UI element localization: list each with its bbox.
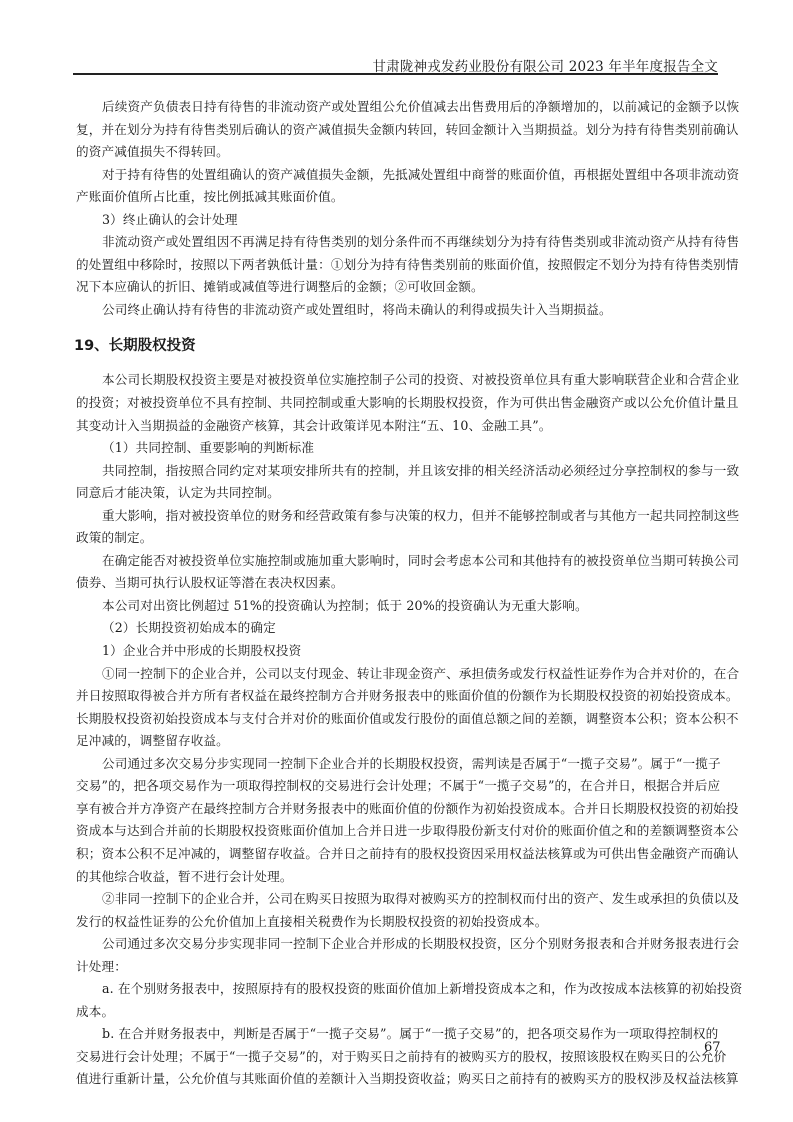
text-line: 的资产减值损失不得转回。	[76, 141, 716, 164]
text-line: 发行的权益性证券的公允价值加上直接相关税费作为长期股权投资的初始投资成本。	[76, 911, 716, 934]
text-line: 公司通过多次交易分步实现同一控制下企业合并的长期股权投资，需判读是否属于“一揽子…	[76, 753, 716, 776]
text-line: 3）终止确认的会计处理	[76, 209, 716, 232]
paragraph: （1）共同控制、重要影响的判断标准	[76, 437, 716, 460]
text-line: 非流动资产或处置组因不再满足持有待售类别的划分条件而不再继续划分为持有待售类别或…	[76, 231, 716, 254]
text-line: 的投资；对被投资单位不具有控制、共同控制或重大影响的长期股权投资，作为可供出售金…	[76, 392, 716, 415]
text-line: 交易”的，把各项交易作为一项取得控制权的交易进行会计处理；不属于“一揽子交易”的…	[76, 775, 716, 798]
text-line: 产账面价值所占比重，按比例抵减其账面价值。	[76, 186, 716, 209]
text-line: 本公司对出资比例超过 51%的投资确认为控制；低于 20%的投资确认为无重大影响…	[76, 595, 716, 618]
document-body: 后续资产负债表日持有待售的非流动资产或处置组公允价值减去出售费用后的净额增加的，…	[76, 96, 716, 1091]
text-line: 况下本应确认的折旧、摊销或减值等进行调整后的金额；②可收回金额。	[76, 276, 716, 299]
paragraph: a. 在个别财务报表中，按照原持有的股权投资的账面价值加上新增投资成本之和，作为…	[76, 978, 716, 1023]
paragraph: 在确定能否对被投资单位实施控制或施加重大影响时，同时会考虑本公司和其他持有的被投…	[76, 550, 716, 595]
long-term-equity-investment-section: 本公司长期股权投资主要是对被投资单位实施控制子公司的投资、对被投资单位具有重大影…	[76, 369, 716, 1091]
paragraph: 后续资产负债表日持有待售的非流动资产或处置组公允价值减去出售费用后的净额增加的，…	[76, 96, 716, 164]
header-divider	[73, 73, 718, 75]
text-line: 其变动计入当期损益的金融资产核算，其会计政策详见本附注“五、10、金融工具”。	[76, 415, 716, 438]
text-line: 本公司长期股权投资主要是对被投资单位实施控制子公司的投资、对被投资单位具有重大影…	[76, 369, 716, 392]
text-line: 政策的制定。	[76, 527, 716, 550]
text-line: 资成本与达到合并前的长期股权投资账面价值加上合并日进一步取得股份新支付对价的账面…	[76, 820, 716, 843]
section-heading: 19、长期股权投资	[74, 335, 716, 357]
text-line: 债券、当期可执行认股权证等潜在表决权因素。	[76, 572, 716, 595]
paragraph: ①同一控制下的企业合并，公司以支付现金、转让非现金资产、承担债务或发行权益性证券…	[76, 663, 716, 753]
text-line: 长期股权投资初始投资成本与支付合并对价的账面价值或发行股份的面值总额之间的差额，…	[76, 708, 716, 731]
text-line: 重大影响，指对被投资单位的财务和经营政策有参与决策的权力，但并不能够控制或者与其…	[76, 505, 716, 528]
text-line: 享有被合并方净资产在最终控制方合并财务报表中的账面价值的份额作为初始投资成本。合…	[76, 798, 716, 821]
text-line: 同意后才能决策，认定为共同控制。	[76, 482, 716, 505]
text-line: 的其他综合收益，暂不进行会计处理。	[76, 866, 716, 889]
paragraph: 本公司长期股权投资主要是对被投资单位实施控制子公司的投资、对被投资单位具有重大影…	[76, 369, 716, 437]
text-line: 足冲减的，调整留存收益。	[76, 730, 716, 753]
text-line: 的处置组中移除时，按照以下两者孰低计量：①划分为持有待售类别前的账面价值，按照假…	[76, 254, 716, 277]
text-line: （1）共同控制、重要影响的判断标准	[76, 437, 716, 460]
text-line: 公司终止确认持有待售的非流动资产或处置组时，将尚未确认的利得或损失计入当期损益。	[76, 299, 716, 322]
paragraph: 1）企业合并中形成的长期股权投资	[76, 640, 716, 663]
text-line: 交易进行会计处理；不属于“一揽子交易”的，对于购买日之前持有的被购买方的股权，按…	[76, 1046, 716, 1069]
text-line: 对于持有待售的处置组确认的资产减值损失金额，先抵减处置组中商誉的账面价值，再根据…	[76, 164, 716, 187]
text-line: b. 在合并财务报表中，判断是否属于“一揽子交易”。属于“一揽子交易”的，把各项…	[76, 1023, 716, 1046]
paragraph: b. 在合并财务报表中，判断是否属于“一揽子交易”。属于“一揽子交易”的，把各项…	[76, 1023, 716, 1091]
text-line: 积；资本公积不足冲减的，调整留存收益。合并日之前持有的股权投资因采用权益法核算或…	[76, 843, 716, 866]
page-number: 67	[704, 1040, 721, 1055]
paragraph: 非流动资产或处置组因不再满足持有待售类别的划分条件而不再继续划分为持有待售类别或…	[76, 231, 716, 299]
text-line: 并日按照取得被合并方所有者权益在最终控制方合并财务报表中的账面价值的份额作为长期…	[76, 685, 716, 708]
paragraph: （2）长期投资初始成本的确定	[76, 617, 716, 640]
text-line: （2）长期投资初始成本的确定	[76, 617, 716, 640]
text-line: ②非同一控制下的企业合并，公司在购买日按照为取得对被购买方的控制权而付出的资产、…	[76, 888, 716, 911]
document-header-title: 甘肃陇神戎发药业股份有限公司 2023 年半年度报告全文	[372, 55, 718, 75]
text-line: a. 在个别财务报表中，按照原持有的股权投资的账面价值加上新增投资成本之和，作为…	[76, 978, 716, 1001]
text-line: 共同控制，指按照合同约定对某项安排所共有的控制，并且该安排的相关经济活动必须经过…	[76, 460, 716, 483]
paragraph: 重大影响，指对被投资单位的财务和经营政策有参与决策的权力，但并不能够控制或者与其…	[76, 505, 716, 550]
paragraph: 共同控制，指按照合同约定对某项安排所共有的控制，并且该安排的相关经济活动必须经过…	[76, 460, 716, 505]
held-for-sale-section: 后续资产负债表日持有待售的非流动资产或处置组公允价值减去出售费用后的净额增加的，…	[76, 96, 716, 321]
paragraph: 公司通过多次交易分步实现非同一控制下企业合并形成的长期股权投资，区分个别财务报表…	[76, 933, 716, 978]
text-line: 1）企业合并中形成的长期股权投资	[76, 640, 716, 663]
text-line: 公司通过多次交易分步实现非同一控制下企业合并形成的长期股权投资，区分个别财务报表…	[76, 933, 716, 956]
paragraph: 对于持有待售的处置组确认的资产减值损失金额，先抵减处置组中商誉的账面价值，再根据…	[76, 164, 716, 209]
text-line: 值进行重新计量，公允价值与其账面价值的差额计入当期投资收益；购买日之前持有的被购…	[76, 1068, 716, 1091]
text-line: 复，并在划分为持有待售类别后确认的资产减值损失金额内转回，转回金额计入当期损益。…	[76, 119, 716, 142]
text-line: 成本。	[76, 1001, 716, 1024]
text-line: 计处理：	[76, 956, 716, 979]
text-line: 在确定能否对被投资单位实施控制或施加重大影响时，同时会考虑本公司和其他持有的被投…	[76, 550, 716, 573]
text-line: 后续资产负债表日持有待售的非流动资产或处置组公允价值减去出售费用后的净额增加的，…	[76, 96, 716, 119]
paragraph: 公司通过多次交易分步实现同一控制下企业合并的长期股权投资，需判读是否属于“一揽子…	[76, 753, 716, 888]
text-line: ①同一控制下的企业合并，公司以支付现金、转让非现金资产、承担债务或发行权益性证券…	[76, 663, 716, 686]
paragraph: 本公司对出资比例超过 51%的投资确认为控制；低于 20%的投资确认为无重大影响…	[76, 595, 716, 618]
paragraph: ②非同一控制下的企业合并，公司在购买日按照为取得对被购买方的控制权而付出的资产、…	[76, 888, 716, 933]
paragraph: 公司终止确认持有待售的非流动资产或处置组时，将尚未确认的利得或损失计入当期损益。	[76, 299, 716, 322]
paragraph: 3）终止确认的会计处理	[76, 209, 716, 232]
